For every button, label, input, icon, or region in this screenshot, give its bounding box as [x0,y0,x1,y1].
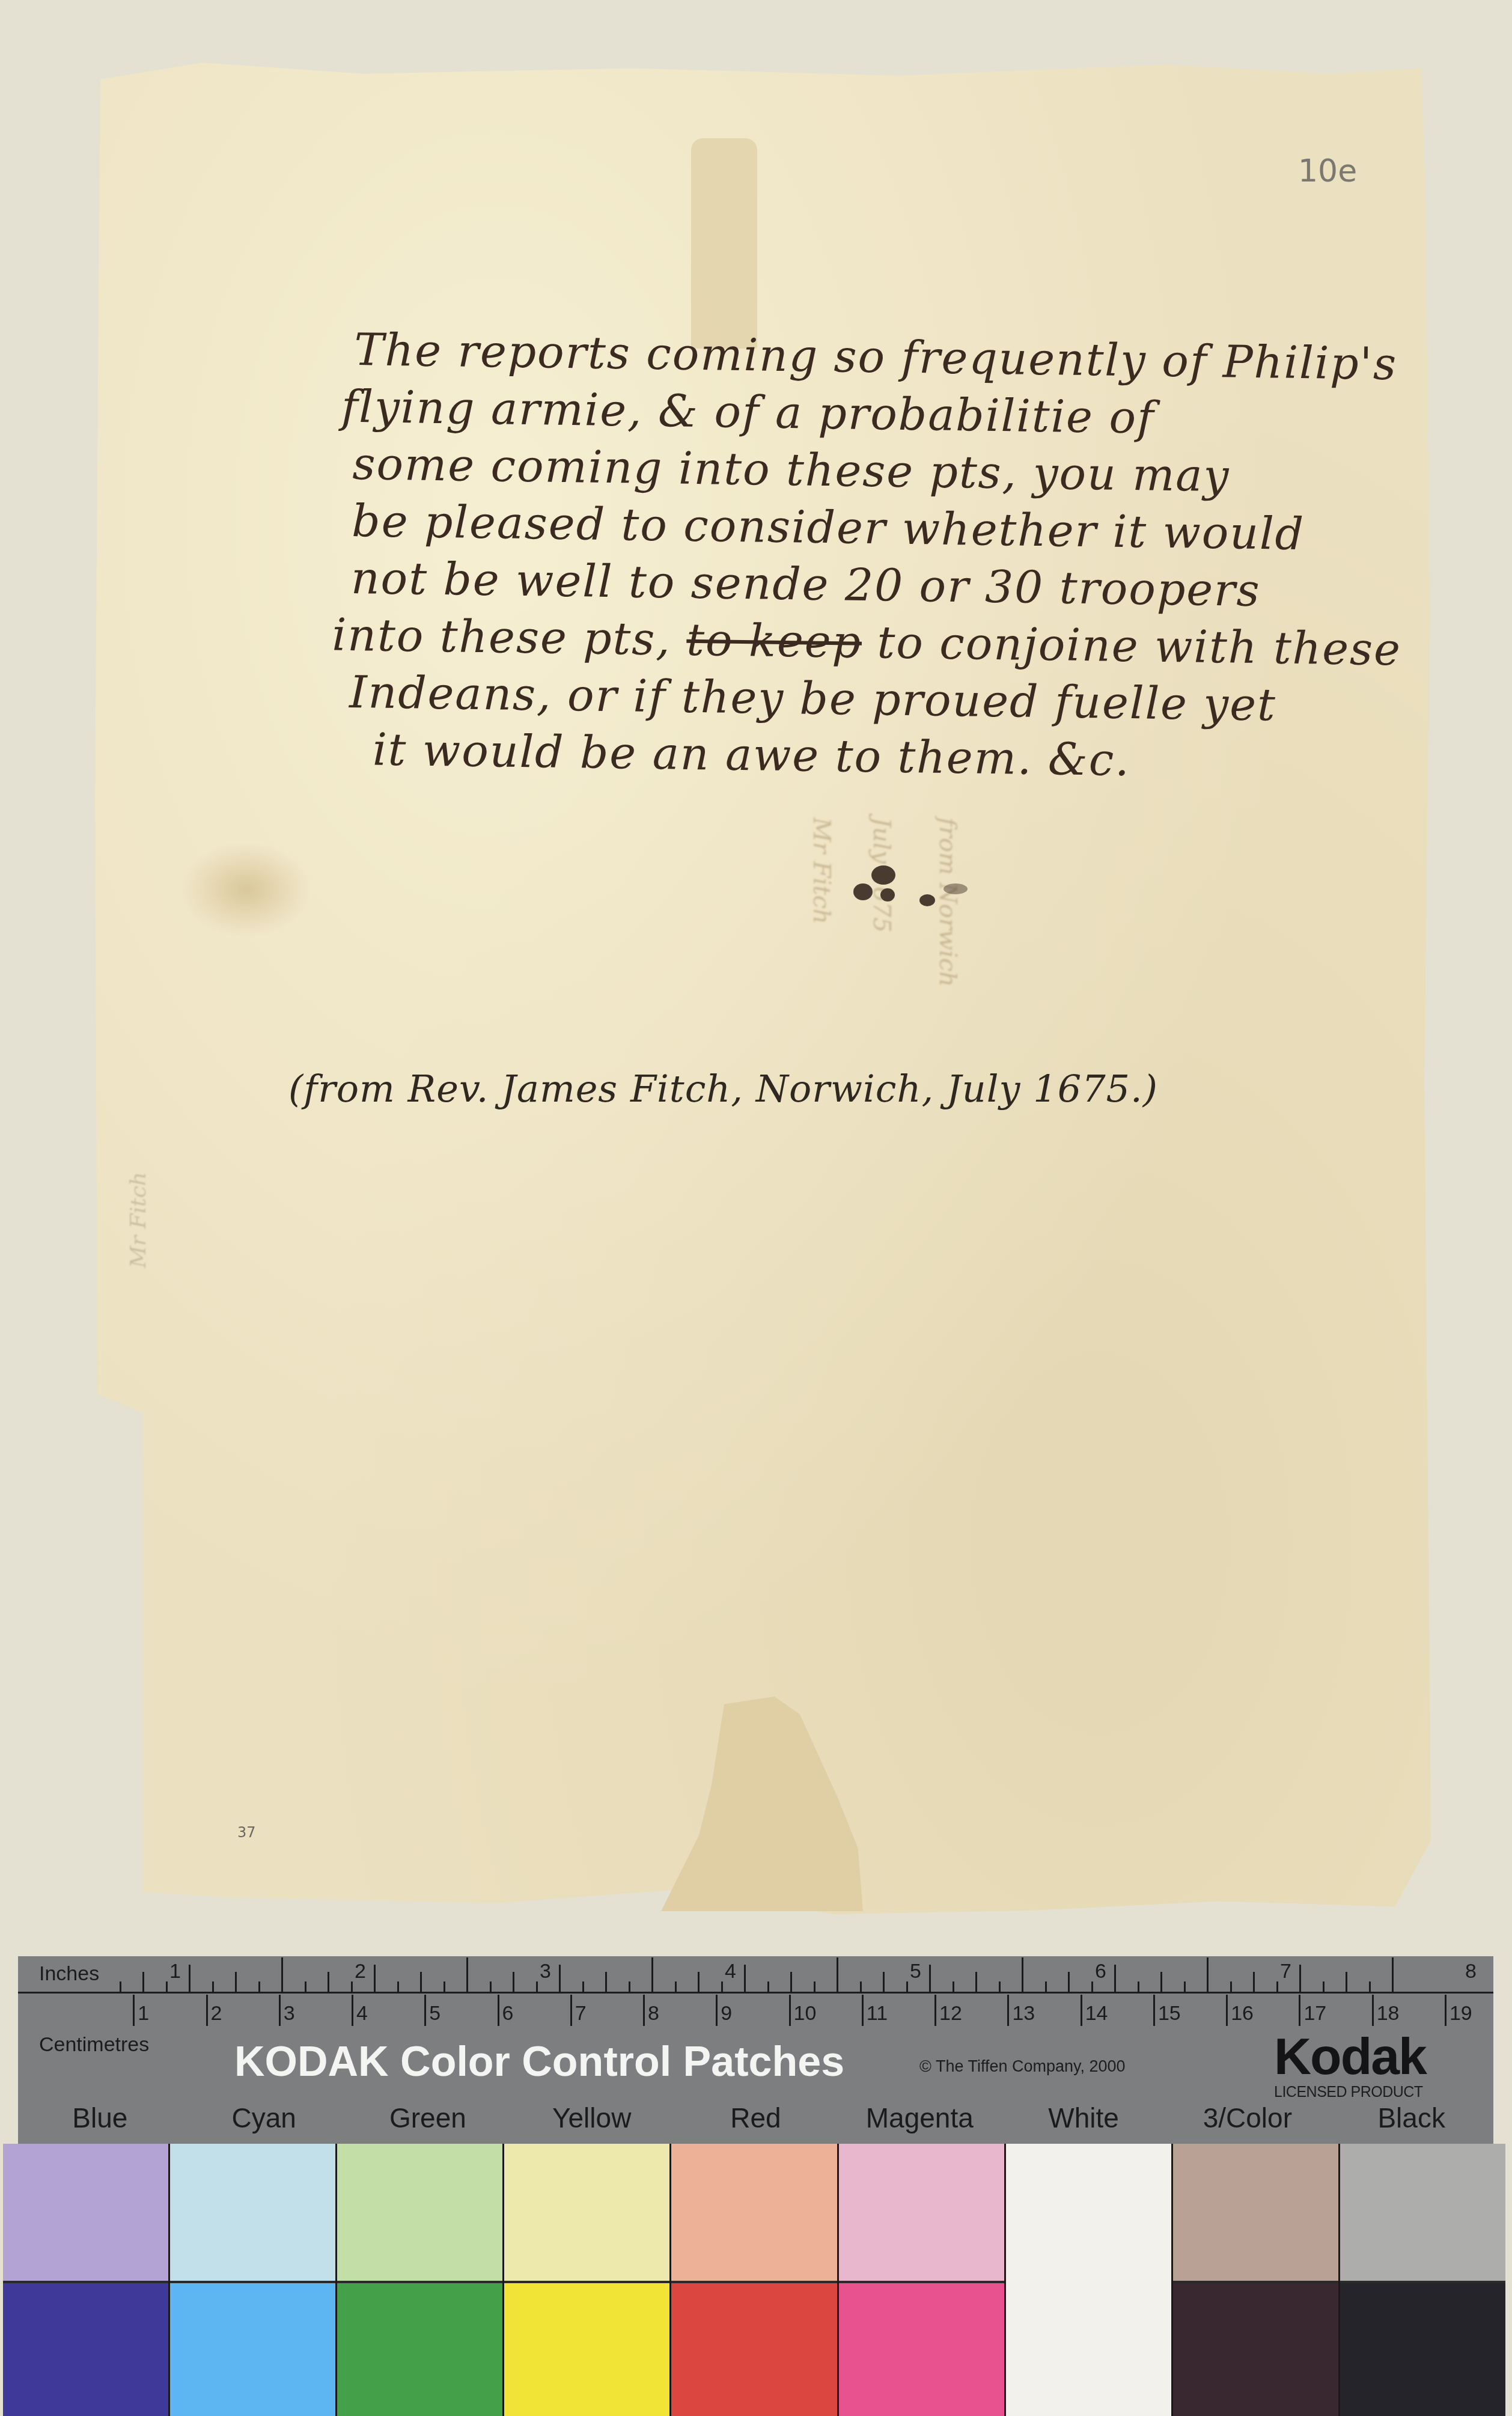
inch-tick [1207,1957,1209,1994]
inch-mark: 4 [725,1960,736,1983]
patch-labels: Blue Cyan Green Yellow Red Magenta White… [18,2102,1493,2138]
chart-copyright: © The Tiffen Company, 2000 [919,2057,1126,2076]
cm-tick [934,1995,936,2026]
inch-tick [698,1972,700,1994]
patch-dark-tone [337,2283,502,2416]
inch-tick [397,1981,399,1994]
patch-light-tone [1340,2144,1505,2283]
inch-tick [721,1981,723,1994]
licensed-product-label: LICENSED PRODUCT [1274,2084,1423,2101]
patch-label: Black [1329,2102,1493,2138]
cm-tick [1372,1995,1374,2026]
cm-mark: 18 [1377,2002,1400,2025]
cm-mark: 10 [794,2002,817,2025]
cm-mark: 5 [429,2002,440,2025]
inch-tick [1299,1965,1301,1994]
patch-label: White [1002,2102,1166,2138]
patch-light-tone [170,2144,335,2283]
inch-mark: 2 [355,1960,366,1983]
inch-tick [142,1972,144,1994]
patch-label: Red [674,2102,838,2138]
cm-tick [643,1995,645,2026]
patch-light-tone [3,2144,168,2283]
color-patch-yellow [504,2144,671,2416]
cm-mark: 16 [1231,2002,1254,2025]
inch-tick [744,1965,746,1994]
inch-tick [1068,1972,1070,1994]
inch-tick [536,1981,538,1994]
color-patch-black [1340,2144,1505,2416]
inch-tick [1091,1981,1093,1994]
cm-tick [206,1995,208,2026]
inch-tick [1369,1981,1371,1994]
inch-tick [1230,1981,1232,1994]
cm-mark: 6 [502,2002,514,2025]
cm-mark: 13 [1012,2002,1035,2025]
cm-tick [570,1995,572,2026]
cm-mark: 14 [1085,2002,1108,2025]
cm-mark: 4 [356,2002,368,2025]
inch-tick [582,1981,584,1994]
page-number: 37 [237,1824,256,1841]
letter-line-start: into these pts, [332,609,687,666]
cm-tick [133,1995,135,2026]
inch-tick [860,1981,862,1994]
patch-light-tone [1173,2144,1338,2283]
color-patch-red [671,2144,838,2416]
inch-tick [166,1981,168,1994]
inch-tick [1346,1972,1347,1994]
letter-body: The reports coming so frequently of Phil… [348,322,1472,794]
inch-tick [513,1972,514,1994]
inch-tick [444,1981,445,1994]
patch-label: Magenta [838,2102,1002,2138]
inch-tick [1022,1957,1023,1994]
color-patch-green [337,2144,504,2416]
inch-tick [675,1981,677,1994]
color-control-chart: Inches 12345678 123456789101112131415161… [18,1956,1493,2416]
color-patch-magenta [839,2144,1006,2416]
inch-tick [929,1965,931,1994]
patch-dark-tone [170,2283,335,2416]
color-patches [3,2144,1505,2416]
inch-tick [953,1981,954,1994]
chart-title: KODAK Color Control Patches [234,2037,844,2085]
patch-light-tone [1006,2144,1171,2282]
inches-label: Inches [39,1962,99,1986]
inch-tick [1253,1972,1255,1994]
color-patch-white [1006,2144,1173,2416]
folio-mark: 10e [1298,153,1357,189]
inch-tick [814,1981,815,1994]
cm-mark: 3 [284,2002,295,2025]
centimetres-label: Centimetres [39,2033,149,2057]
inch-tick [1138,1981,1139,1994]
patch-light-tone [839,2144,1004,2283]
cm-tick [862,1995,864,2026]
paper-repair-strip [691,138,757,349]
inch-tick [837,1957,838,1994]
inch-tick [374,1965,376,1994]
inch-tick [1276,1981,1278,1994]
inch-tick [1160,1972,1162,1994]
cm-tick [279,1995,281,2026]
cm-tick [498,1995,499,2026]
inch-tick [189,1965,191,1994]
inch-tick [235,1972,237,1994]
inch-tick [883,1972,885,1994]
inch-tick [975,1972,977,1994]
inch-tick [1184,1981,1186,1994]
patch-dark-tone [504,2283,669,2416]
cm-tick [716,1995,718,2026]
inch-tick [305,1981,306,1994]
cm-tick [789,1995,791,2026]
letter-line-end: to conjoine with these [861,617,1401,676]
color-patch-3-color [1173,2144,1340,2416]
patch-dark-tone [3,2283,168,2416]
cm-mark: 19 [1450,2002,1472,2025]
inch-tick [212,1981,214,1994]
inch-tick [605,1972,607,1994]
struck-out-word: to keep [686,614,862,668]
margin-ghost-text: Mr Fitch [126,1172,151,1268]
cm-mark: 1 [138,2002,149,2025]
patch-dark-tone [1340,2283,1505,2416]
inch-tick [1114,1965,1116,1994]
inch-tick [490,1981,492,1994]
cm-tick [1007,1995,1009,2026]
inch-tick [420,1972,422,1994]
cm-mark: 11 [867,2002,888,2025]
inch-tick [906,1981,908,1994]
cm-tick [352,1995,353,2026]
inch-ruler [18,1956,1493,1994]
cm-mark: 2 [211,2002,222,2025]
patch-dark-tone [1006,2282,1171,2416]
inch-tick [629,1981,630,1994]
cm-tick [1445,1995,1446,2026]
inch-mark: 7 [1280,1960,1291,1983]
cm-mark: 9 [721,2002,732,2025]
patch-light-tone [671,2144,837,2283]
cm-tick [1299,1995,1300,2026]
inch-tick [281,1957,283,1994]
inch-tick [1323,1981,1325,1994]
inch-tick [999,1981,1001,1994]
inch-mark: 5 [910,1960,921,1983]
inch-tick [1045,1981,1047,1994]
inch-tick [559,1965,561,1994]
color-patch-cyan [170,2144,337,2416]
inch-tick [351,1981,353,1994]
inch-tick [258,1981,260,1994]
patch-dark-tone [839,2283,1004,2416]
color-patch-blue [3,2144,170,2416]
inch-tick [767,1981,769,1994]
inch-tick [120,1981,121,1994]
inch-mark: 6 [1095,1960,1106,1983]
inch-tick [651,1957,653,1994]
patch-dark-tone [671,2283,837,2416]
patch-label: Blue [18,2102,182,2138]
cm-tick [424,1995,426,2026]
cm-tick [1153,1995,1155,2026]
cm-mark: 7 [575,2002,587,2025]
inch-mark: 1 [169,1960,181,1983]
patch-label: Green [346,2102,510,2138]
patch-label: Yellow [510,2102,674,2138]
cm-mark: 12 [939,2002,962,2025]
water-stain [180,841,312,938]
cm-tick [1081,1995,1082,2026]
inch-tick [328,1972,329,1994]
cm-mark: 15 [1158,2002,1181,2025]
patch-light-tone [504,2144,669,2283]
kodak-logo: Kodak [1274,2027,1426,2087]
inch-tick [1392,1957,1394,1994]
cm-mark: 17 [1303,2002,1326,2025]
patch-label: Cyan [182,2102,346,2138]
cm-tick [1226,1995,1228,2026]
inch-tick [466,1957,468,1994]
archival-attribution-note: (from Rev. James Fitch, Norwich, July 16… [288,1067,1158,1111]
patch-light-tone [337,2144,502,2283]
inch-mark: 3 [540,1960,551,1983]
patch-label: 3/Color [1165,2102,1329,2138]
inch-tick [790,1972,792,1994]
patch-dark-tone [1173,2283,1338,2416]
cm-mark: 8 [648,2002,659,2025]
inch-mark: 8 [1465,1960,1477,1983]
